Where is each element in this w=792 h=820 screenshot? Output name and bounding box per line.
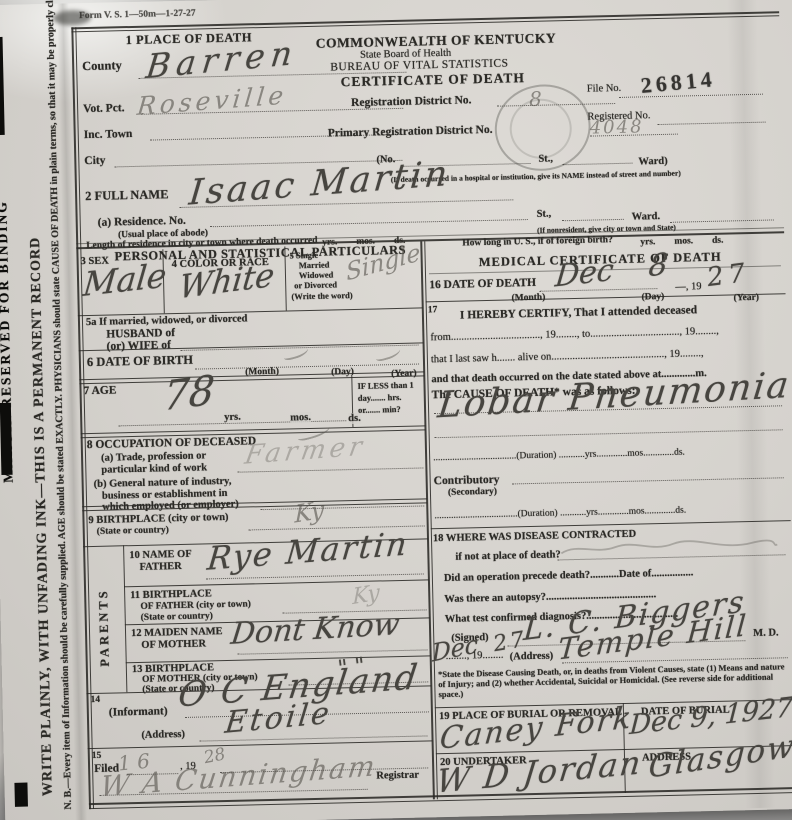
signed-address-label: (Address) xyxy=(510,651,554,663)
or-min-label: or....... min? xyxy=(358,404,401,415)
item-14-number: 14 xyxy=(90,695,100,705)
marital-option-divorced: or Divorced xyxy=(294,279,337,290)
registration-district-label: Registration District No. xyxy=(351,94,472,109)
attended-from-line: from.................................., … xyxy=(430,326,719,344)
date-of-death-label: 16 DATE OF DEATH xyxy=(429,277,536,291)
mother-maiden-name-value-handwritten: Dont Know xyxy=(229,607,401,652)
dotted-line xyxy=(195,364,419,370)
registered-no-label: Registered No. xyxy=(587,110,650,122)
last-saw-alive-line: that I last saw h....... alive on.......… xyxy=(431,348,704,365)
pencil-mark xyxy=(374,344,402,362)
age-value-handwritten: 78 xyxy=(162,367,216,420)
age-label: 7 AGE xyxy=(83,384,116,397)
wife-of-label: (or) WIFE of xyxy=(106,339,171,352)
informant-address-label: (Address) xyxy=(141,729,185,741)
cause-footnote: *State the Disease Causing Death, or, in… xyxy=(438,661,791,699)
binding-ink-bar xyxy=(0,403,12,475)
registrar-label: Registrar xyxy=(376,770,419,782)
residence-label: (a) Residence. No. xyxy=(98,215,186,229)
operation-precede-line: Did an operation precede death?.........… xyxy=(444,567,694,584)
birthplace-of-father-label-3: (State or country) xyxy=(141,611,213,623)
duration-line-2: ...................................(Dura… xyxy=(434,506,686,522)
dod-19-label: —, 19 xyxy=(675,281,701,293)
dod-month-label: (Month) xyxy=(511,293,545,304)
occupation-label: 8 OCCUPATION OF DECEASED xyxy=(87,435,257,451)
dod-day-label: (Day) xyxy=(641,292,664,303)
file-no-label: File No. xyxy=(587,83,622,95)
mos-label: mos. xyxy=(290,412,311,423)
birthplace-of-father-label-2: OF FATHER (city or town) xyxy=(140,599,251,612)
father-birthplace-value-handwritten: Ky xyxy=(352,580,379,610)
birthplace-value-handwritten: Ky xyxy=(294,495,324,528)
street-label: St., xyxy=(538,153,553,164)
occupation-value-handwritten: Farmer xyxy=(243,431,369,471)
general-nature-label-3: which employed (or employer) xyxy=(102,499,239,513)
year-label: (Year) xyxy=(391,369,417,380)
nonresident-note: (If nonresident, give city or town and S… xyxy=(537,223,676,235)
secondary-label: (Secondary) xyxy=(448,487,497,498)
yrs-mos-ds-2: yrs. mos. ds. xyxy=(640,236,723,248)
street-label-2: St., xyxy=(537,208,552,219)
divider xyxy=(420,241,434,799)
dotted-line xyxy=(563,163,633,166)
ward-label-2: Ward. xyxy=(632,211,661,223)
birthplace-of-father-label-1: 11 BIRTHPLACE xyxy=(130,588,212,601)
binding-ink-bar xyxy=(14,783,28,807)
md-label: M. D. xyxy=(753,627,779,639)
dotted-line xyxy=(562,219,624,221)
birthplace-label: 9 BIRTHPLACE (city or town) xyxy=(88,512,228,526)
full-name-value-handwritten: Isaac Martin xyxy=(187,154,452,214)
city-label: City xyxy=(84,155,105,167)
date-of-birth-label: 6 DATE OF BIRTH xyxy=(87,353,193,370)
yrs-label: yrs. xyxy=(224,412,241,423)
divider xyxy=(124,579,429,587)
certificate-of-death-title: CERTIFICATE OF DEATH xyxy=(340,70,525,90)
if-not-at-place-label: if not at place of death? xyxy=(455,549,561,562)
parents-vertical-label: PARENTS xyxy=(96,588,113,667)
divider xyxy=(426,293,786,302)
if-married-label: 5a If married, widowed, or divorced xyxy=(86,313,248,328)
full-name-label: 2 FULL NAME xyxy=(85,187,169,204)
duration-line-1: ...................................(Dura… xyxy=(433,448,685,464)
state-or-country-note: (State or country) xyxy=(97,525,169,537)
day-hrs-label: day....... hrs. xyxy=(358,392,402,403)
dotted-line xyxy=(210,219,528,227)
hereby-certify-text: I HEREBY CERTIFY, That I attended deceas… xyxy=(460,304,697,321)
name-of-father-label-1: 10 NAME OF xyxy=(129,549,192,561)
certificate-paper: MARGIN RESERVED FOR BINDING WRITE PLAINL… xyxy=(0,0,792,820)
vot-pct-label: Vot. Pct. xyxy=(83,102,125,115)
sex-value-handwritten: Male xyxy=(81,255,168,304)
marital-write-word-note: (Write the word) xyxy=(291,290,352,301)
item-17-number: 17 xyxy=(428,305,438,315)
month-label: (Month) xyxy=(245,367,279,378)
divider xyxy=(123,545,128,692)
dotted-line xyxy=(435,429,783,438)
how-long-in-us-label: How long in U. S., if of foreign birth? xyxy=(462,235,613,248)
county-label: County xyxy=(82,58,122,74)
scanned-death-certificate: MARGIN RESERVED FOR BINDING WRITE PLAINL… xyxy=(0,0,792,820)
dod-year-value-handwritten: 27 xyxy=(705,258,752,293)
inc-town-label: Inc. Town xyxy=(84,128,133,141)
signed-month-handwritten: Dec xyxy=(432,630,479,668)
dotted-line xyxy=(238,649,428,654)
if-less-than-day-label: IF LESS than 1 xyxy=(357,380,413,391)
dod-year-label: (Year) xyxy=(734,293,760,304)
name-of-father-label-2: FATHER xyxy=(139,561,181,573)
item-15-number: 15 xyxy=(92,751,102,761)
marital-option-single: 5 Single xyxy=(289,250,318,261)
primary-registration-label: Primary Registration District No. xyxy=(328,124,493,140)
divider xyxy=(88,740,433,749)
trade-profession-label-2: particular kind of work xyxy=(101,462,207,475)
contributory-label: Contributory xyxy=(434,474,500,487)
father-name-value-handwritten: Rye Martin xyxy=(206,524,411,578)
dotted-line xyxy=(260,505,424,510)
divider xyxy=(431,520,791,529)
maiden-name-of-mother-label-2: OF MOTHER xyxy=(141,638,206,650)
informant-label: (Informant) xyxy=(109,705,168,718)
maiden-name-of-mother-label-1: 12 MAIDEN NAME xyxy=(131,626,223,639)
ward-label: Ward) xyxy=(638,156,667,168)
